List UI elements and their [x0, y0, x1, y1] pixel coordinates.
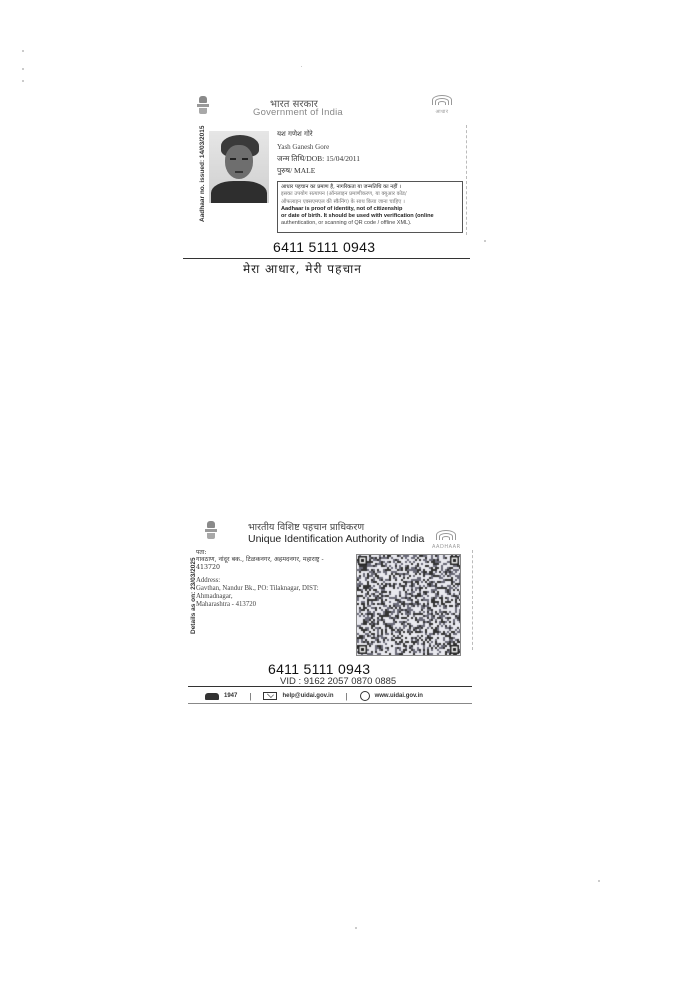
issue-date-vertical: Aadhaar no. issued: 14/03/2015 — [199, 126, 206, 222]
notice-english-line-1: Aadhaar is proof of identity, not of cit… — [281, 206, 459, 213]
government-header-english: Government of India — [253, 107, 343, 118]
aadhaar-number-back: 6411 5111 0943 — [268, 661, 370, 677]
address-line-3: Maharashtra - 413720 — [196, 601, 346, 609]
qr-code — [356, 554, 461, 656]
identity-notice-box: आधार पहचान का प्रमाण है, नागरिकता या जन्… — [277, 181, 463, 233]
holder-name-english: Yash Ganesh Gore — [277, 143, 329, 151]
globe-icon — [360, 691, 370, 701]
uidai-header-english: Unique Identification Authority of India — [248, 533, 424, 545]
address-line-2: Ahmadnagar, — [196, 593, 346, 601]
contact-footer: 1947 | help@uidai.gov.in | www.uidai.gov… — [205, 690, 465, 702]
scan-speck — [22, 68, 24, 70]
notice-hindi-line-2: इसका उपयोग सत्यापन (ऑनलाइन प्रमाणीकरण, य… — [281, 191, 459, 198]
address-hindi: गावठाण, नांदूर बक., टिळकनगर, अहमदनगर, मह… — [196, 556, 346, 572]
website: www.uidai.gov.in — [375, 693, 423, 699]
address-label-hindi: पता: — [196, 548, 206, 556]
help-email: help@uidai.gov.in — [282, 693, 333, 699]
scan-speck — [484, 240, 486, 242]
scan-speck — [355, 927, 357, 929]
tagline: मेरा आधार, मेरी पहचान — [243, 260, 362, 277]
separator: | — [249, 692, 251, 701]
divider — [188, 703, 472, 704]
scan-speck — [22, 80, 24, 82]
gender: पुरुष/ MALE — [277, 166, 315, 176]
card-edge — [472, 550, 474, 650]
scan-speck — [22, 50, 24, 52]
divider — [183, 258, 470, 259]
address-english: Gavthan, Nandur Bk., PO: Tilaknagar, DIS… — [196, 585, 346, 609]
notice-hindi-line-3: ऑफलाइन एक्सएमएल की स्कैनिंग) के साथ किया… — [281, 199, 459, 206]
notice-english-line-2: or date of birth. It should be used with… — [281, 213, 459, 220]
virtual-id: VID : 9162 2057 0870 0885 — [280, 676, 396, 687]
scan-speck — [598, 880, 600, 882]
phone-icon — [205, 693, 219, 700]
scan-speck — [301, 66, 302, 67]
holder-name-hindi: यश गणेश गोरे — [277, 130, 313, 139]
separator: | — [346, 692, 348, 701]
date-of-birth: जन्म तिथि/DOB: 15/04/2011 — [277, 154, 360, 164]
helpline-number: 1947 — [224, 693, 237, 699]
uidai-header-hindi: भारतीय विशिष्ट पहचान प्राधिकरण — [248, 520, 364, 533]
aadhaar-logo-icon: आधार — [428, 95, 456, 115]
aadhaar-logo-icon: AADHAAR — [432, 530, 460, 550]
notice-english-line-3: authentication, or scanning of QR code /… — [281, 220, 459, 227]
card-edge — [466, 125, 468, 235]
holder-photo — [209, 131, 269, 203]
national-emblem-icon — [196, 96, 210, 116]
national-emblem-icon — [204, 521, 218, 541]
address-line-1: Gavthan, Nandur Bk., PO: Tilaknagar, DIS… — [196, 585, 346, 593]
address-label-english: Address: — [196, 577, 220, 584]
email-icon — [263, 692, 277, 700]
aadhaar-number-front: 6411 5111 0943 — [273, 239, 375, 255]
